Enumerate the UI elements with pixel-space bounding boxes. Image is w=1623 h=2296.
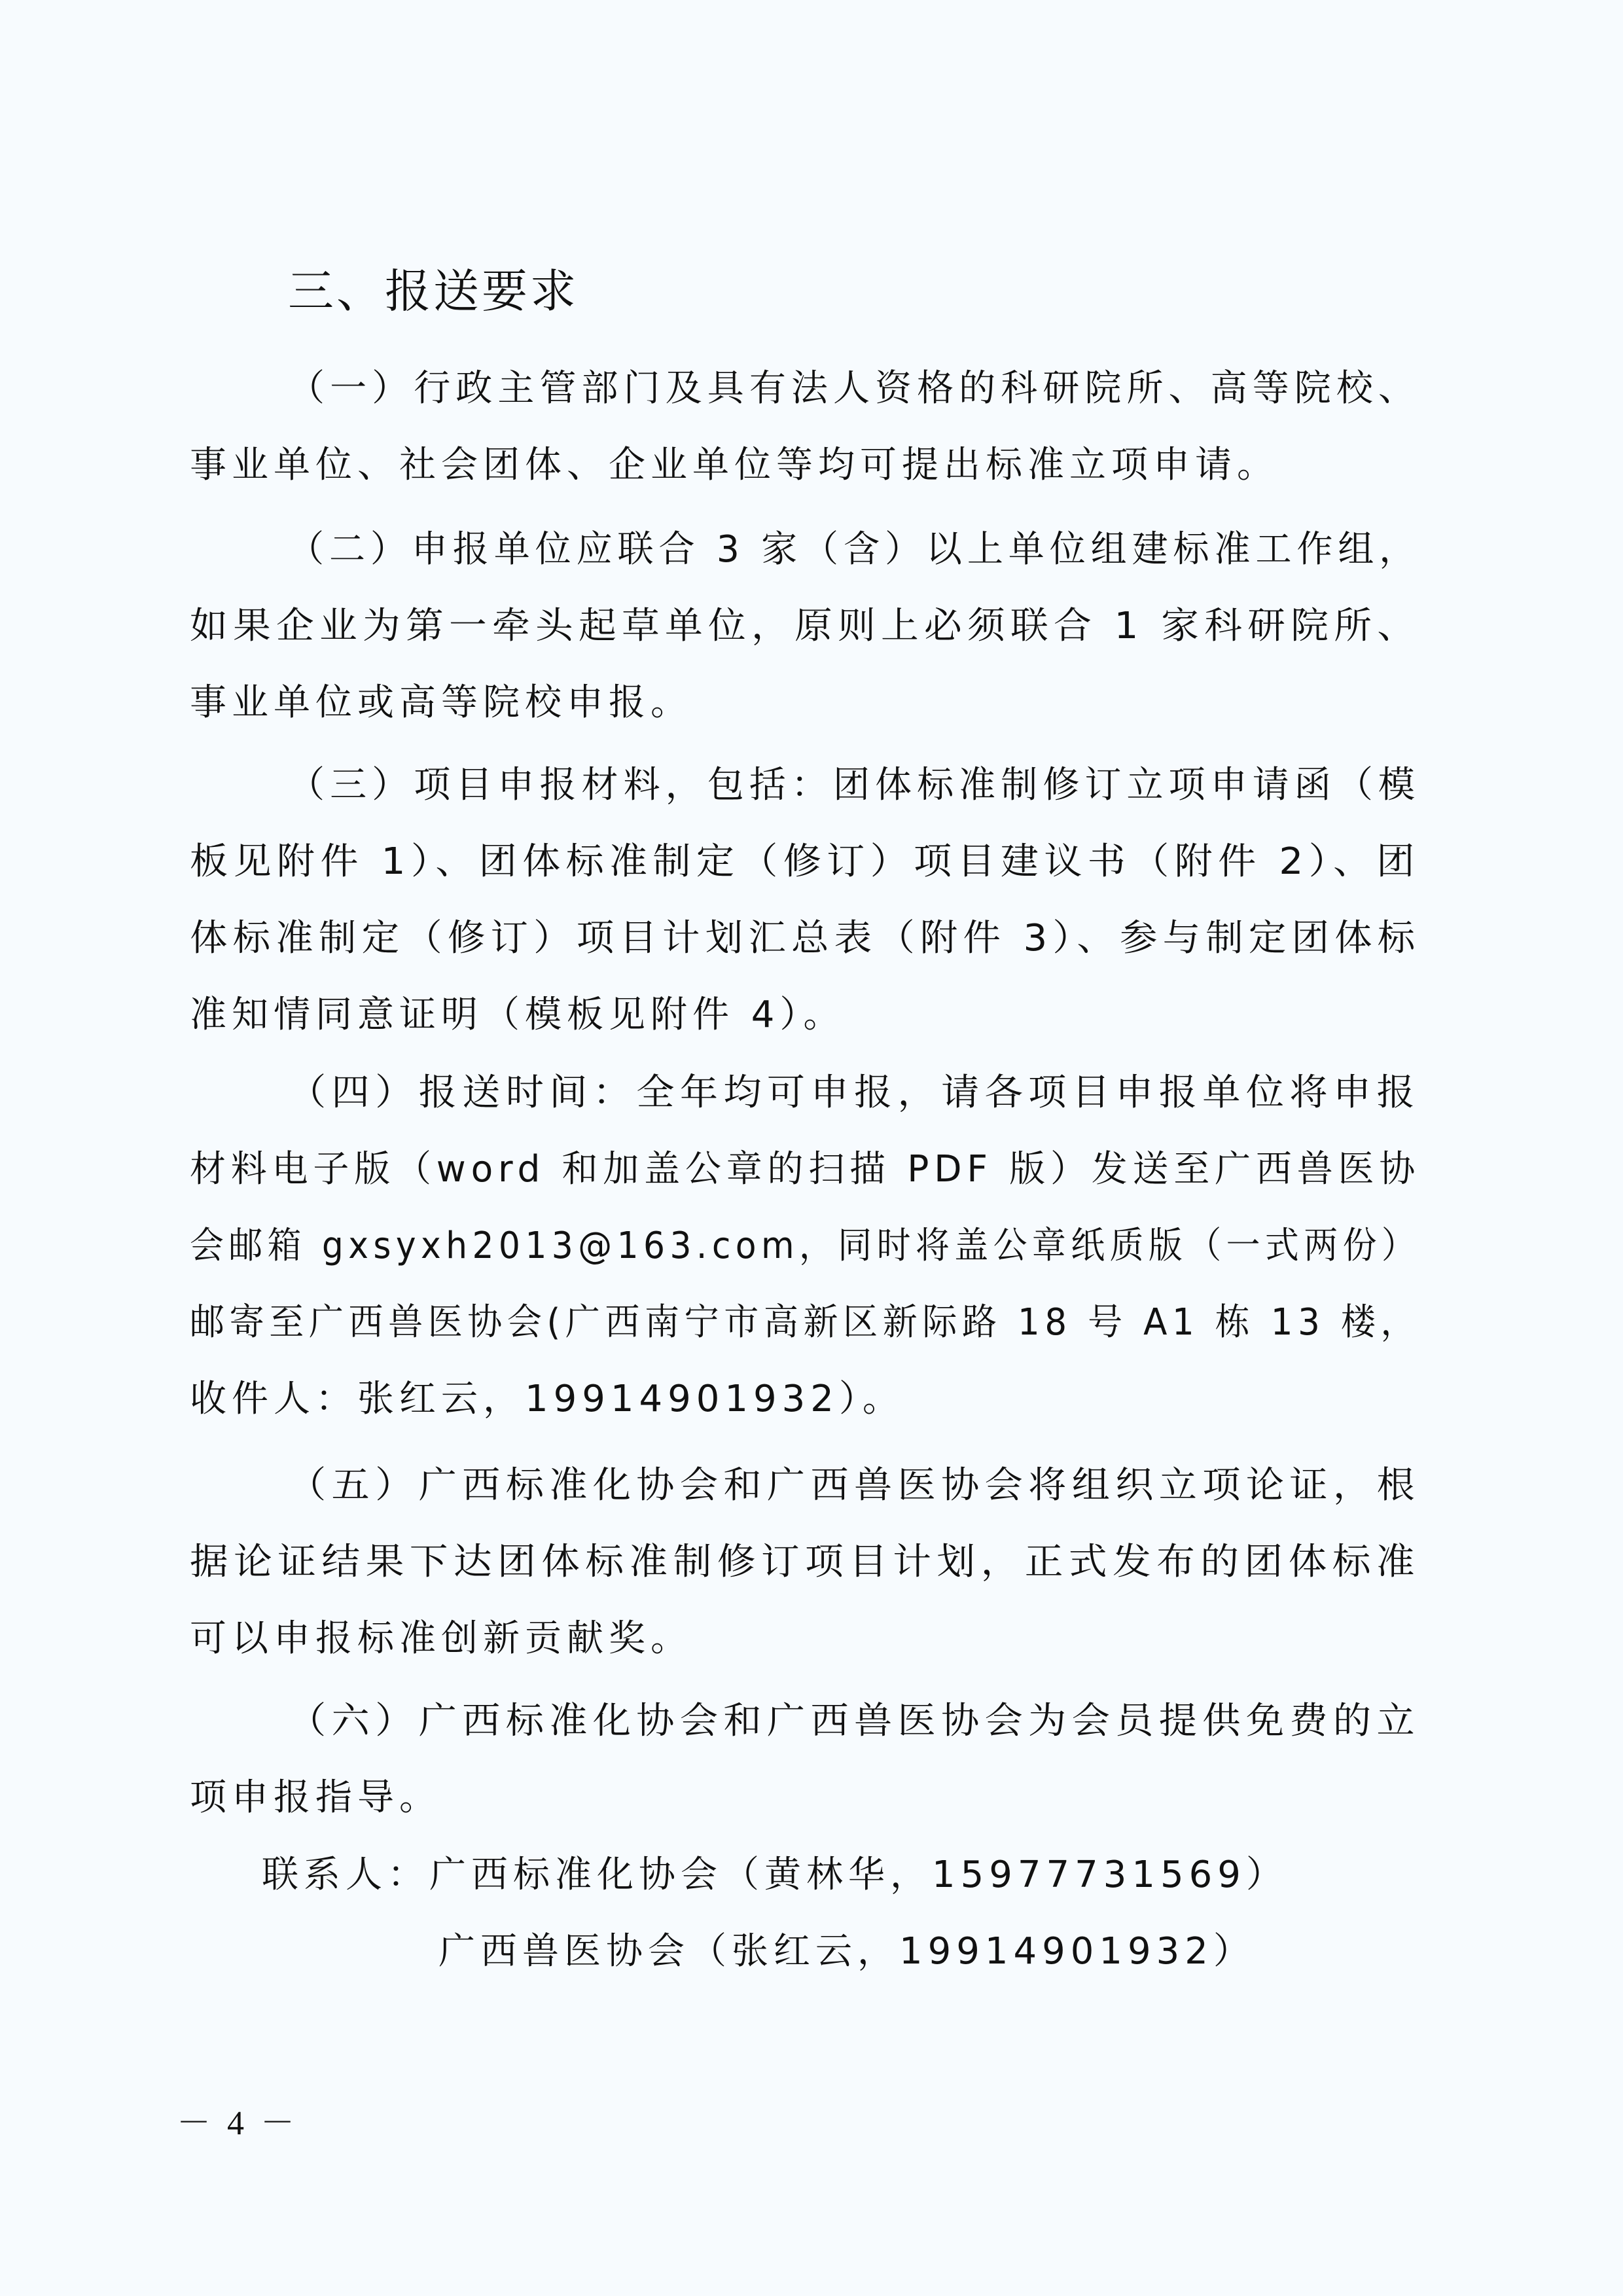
paragraph-4-line-1: （四）报送时间：全年均可申报，请各项目申报单位将申报 [288,1067,1420,1119]
paragraph-3-line-3: 体标准制定（修订）项目计划汇总表（附件 3）、参与制定团体标 [190,912,1420,965]
paragraph-2-line-3: 事业单位或高等院校申报。 [190,677,692,729]
paragraph-4-line-2: 材料电子版（word 和加盖公章的扫描 PDF 版）发送至广西兽医协 [190,1143,1420,1196]
paragraph-5-line-1: （五）广西标准化协会和广西兽医协会将组织立项论证，根 [288,1460,1420,1512]
paragraph-1-line-1: （一）行政主管部门及具有法人资格的科研院所、高等院校、 [288,363,1420,415]
paragraph-5-line-3: 可以申报标准创新贡献奖。 [190,1613,692,1665]
document-page: 三、报送要求 （一）行政主管部门及具有法人资格的科研院所、高等院校、 事业单位、… [0,0,1623,2296]
paragraph-3-line-1: （三）项目申报材料，包括：团体标准制修订立项申请函（模 [288,759,1420,812]
paragraph-4-line-4: 邮寄至广西兽医协会(广西南宁市高新区新际路 18 号 A1 栋 13 楼， [190,1297,1420,1349]
paragraph-3-line-4: 准知情同意证明（模板见附件 4）。 [190,989,845,1041]
section-heading: 三、报送要求 [288,262,579,321]
paragraph-1-line-2: 事业单位、社会团体、企业单位等均可提出标准立项申请。 [190,439,1279,492]
paragraph-2-line-2: 如果企业为第一牵头起草单位，原则上必须联合 1 家科研院所、 [190,600,1420,653]
page-number: － 4 － [177,2104,298,2144]
contacts-line-2: 广西兽医协会（张红云，19914901932） [438,1926,1255,1978]
paragraph-4-line-3-email: 会邮箱 gxsyxh2013@163.com，同时将盖公章纸质版（一式两份） [190,1220,1420,1272]
paragraph-3-line-2: 板见附件 1）、团体标准制定（修订）项目建议书（附件 2）、团 [190,836,1420,888]
paragraph-6-line-1: （六）广西标准化协会和广西兽医协会为会员提供免费的立 [288,1695,1420,1748]
paragraph-6-line-2: 项申报指导。 [190,1772,441,1824]
contacts-line-1: 联系人：广西标准化协会（黄林华，15977731569） [262,1849,1288,1901]
paragraph-5-line-2: 据论证结果下达团体标准制修订项目计划，正式发布的团体标准 [190,1536,1420,1588]
paragraph-4-line-5: 收件人：张红云，19914901932）。 [190,1373,904,1426]
paragraph-2-line-1: （二）申报单位应联合 3 家（含）以上单位组建标准工作组， [288,524,1420,576]
